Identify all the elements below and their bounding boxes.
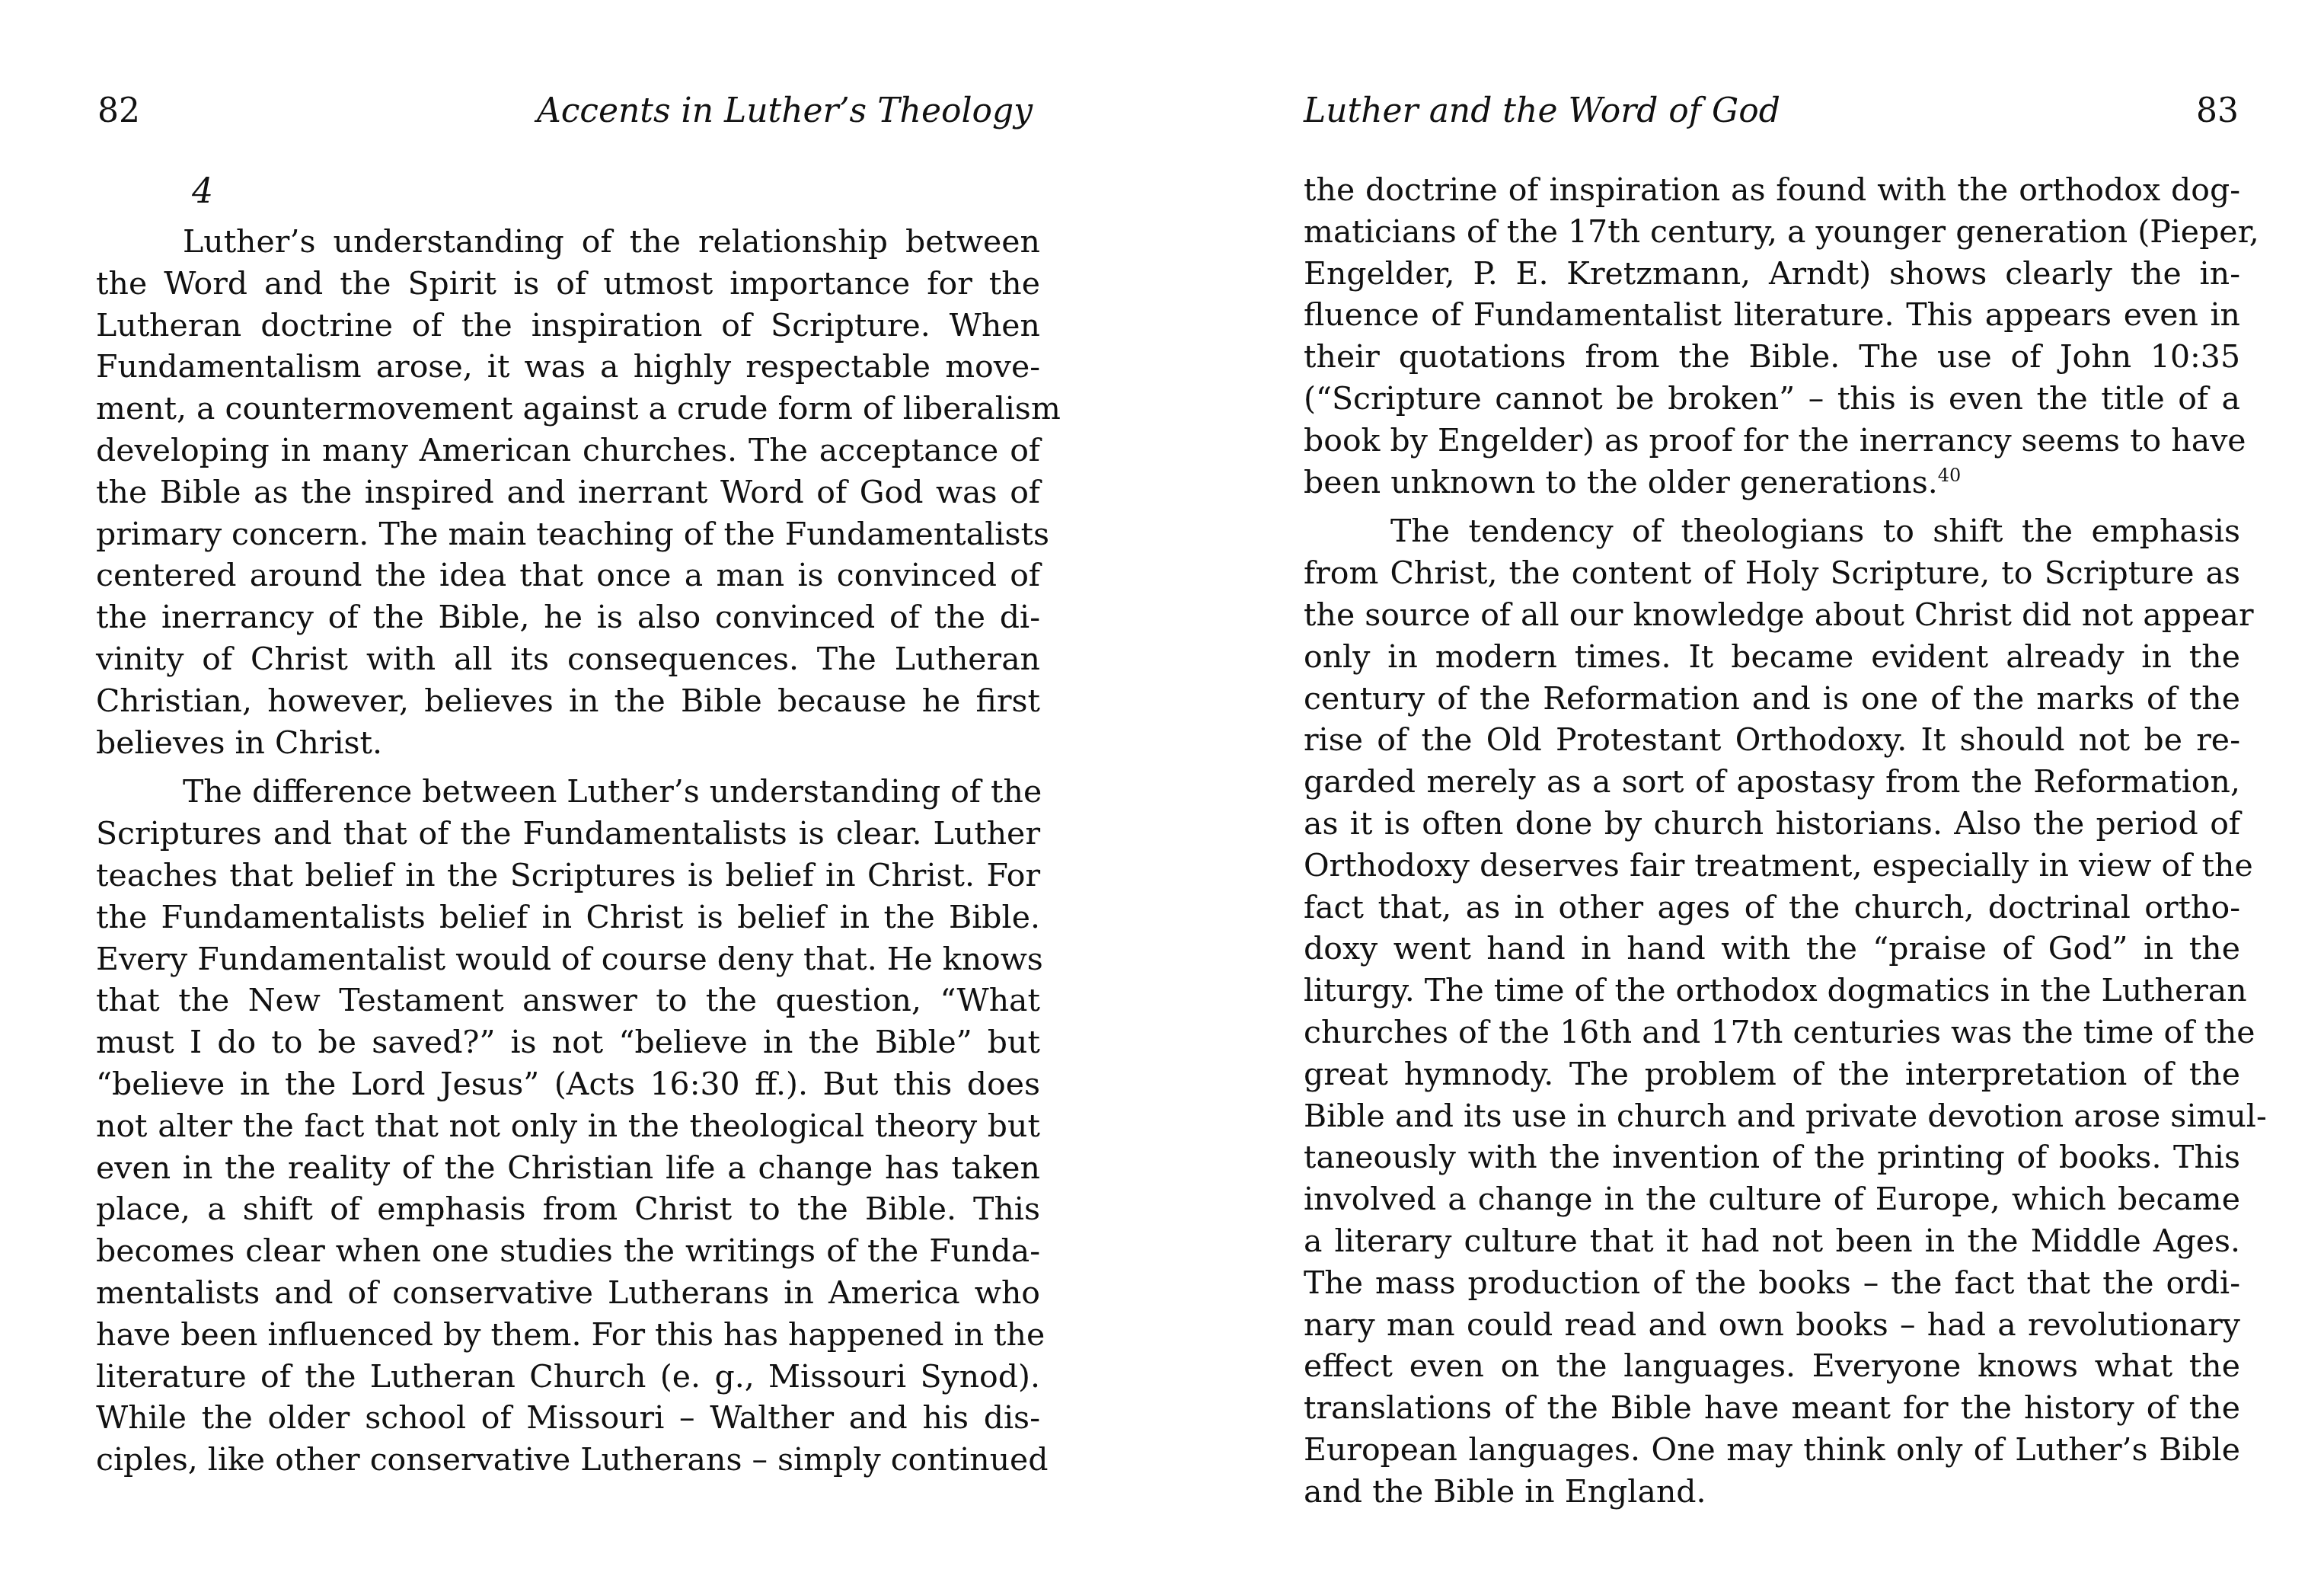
text-line: must I do to be saved?” is not “believe … (96, 1021, 1040, 1063)
text-line: Luther’s understanding of the relationsh… (96, 221, 1040, 263)
text-line: ment, a countermovement against a crude … (96, 388, 1040, 430)
text-line: primary concern. The main teaching of th… (96, 513, 1040, 555)
paragraph: The difference between Luther’s understa… (96, 771, 1040, 1481)
text-line: nary man could read and own books – had … (1304, 1304, 2240, 1346)
text-line: even in the reality of the Christian lif… (96, 1147, 1040, 1189)
text-line: the Word and the Spirit is of utmost imp… (96, 263, 1040, 305)
text-line: Christian, however, believes in the Bibl… (96, 680, 1040, 722)
text-line: mentalists and of conservative Lutherans… (96, 1272, 1040, 1314)
paragraph-gap (1304, 503, 2240, 510)
page-number: 82 (97, 90, 140, 133)
text-line: vinity of Christ with all its consequenc… (96, 638, 1040, 680)
section-number: 4 (192, 171, 213, 213)
text-line: place, a shift of emphasis from Christ t… (96, 1188, 1040, 1230)
text-line: the doctrine of inspiration as found wit… (1304, 169, 2240, 211)
text-line: The difference between Luther’s understa… (96, 771, 1040, 813)
text-line: literature of the Lutheran Church (e. g.… (96, 1356, 1040, 1398)
running-title: Luther and the Word of God (1304, 90, 1780, 133)
text-line: the inerrancy of the Bible, he is also c… (96, 596, 1040, 638)
left-page: 82 Accents in Luther’s Theology 4 Luther… (0, 0, 1162, 1595)
running-title: Accents in Luther’s Theology (537, 90, 1033, 133)
text-line: churches of the 16th and 17th centuries … (1304, 1012, 2240, 1053)
text-line: Engelder, P. E. Kretzmann, Arndt) shows … (1304, 253, 2240, 295)
text-column: the doctrine of inspiration as found wit… (1304, 169, 2240, 1513)
text-line: becomes clear when one studies the writi… (96, 1230, 1040, 1272)
text-line: book by Engelder) as proof for the inerr… (1304, 420, 2240, 462)
text-line: their quotations from the Bible. The use… (1304, 336, 2240, 378)
text-line: Orthodoxy deserves fair treatment, espec… (1304, 845, 2240, 887)
paragraph: the doctrine of inspiration as found wit… (1304, 169, 2240, 503)
text-line: garded merely as a sort of apostasy from… (1304, 761, 2240, 803)
text-line: only in modern times. It became evident … (1304, 636, 2240, 678)
text-line: “believe in the Lord Jesus” (Acts 16:30 … (96, 1063, 1040, 1105)
text-line: as it is often done by church historians… (1304, 803, 2240, 845)
text-line: European languages. One may think only o… (1304, 1429, 2240, 1471)
text-line: fact that, as in other ages of the churc… (1304, 887, 2240, 929)
paragraph: Luther’s understanding of the relationsh… (96, 221, 1040, 763)
text-line: that the New Testament answer to the que… (96, 980, 1040, 1021)
text-line: a literary culture that it had not been … (1304, 1220, 2240, 1262)
text-line: fluence of Fundamentalist literature. Th… (1304, 294, 2240, 336)
text-line: Fundamentalism arose, it was a highly re… (96, 346, 1040, 388)
text-line: While the older school of Missouri – Wal… (96, 1397, 1040, 1439)
text-line: (“Scripture cannot be broken” – this is … (1304, 378, 2240, 420)
footnote-reference[interactable]: 40 (1938, 465, 1962, 486)
text-line: The tendency of theologians to shift the… (1304, 510, 2240, 552)
text-line: the Fundamentalists belief in Christ is … (96, 897, 1040, 938)
text-line: the source of all our knowledge about Ch… (1304, 594, 2240, 636)
text-line: and the Bible in England. (1304, 1471, 2240, 1513)
text-line: from Christ, the content of Holy Scriptu… (1304, 552, 2240, 594)
text-line: great hymnody. The problem of the interp… (1304, 1053, 2240, 1095)
text-column: Luther’s understanding of the relationsh… (96, 221, 1040, 1481)
text-line: maticians of the 17th century, a younger… (1304, 211, 2240, 253)
paragraph-gap (96, 763, 1040, 771)
text-line: rise of the Old Protestant Orthodoxy. It… (1304, 719, 2240, 761)
text-line: doxy went hand in hand with the “praise … (1304, 928, 2240, 970)
text-line: Lutheran doctrine of the inspiration of … (96, 305, 1040, 347)
text-line: translations of the Bible have meant for… (1304, 1387, 2240, 1429)
text-line: centered around the idea that once a man… (96, 555, 1040, 596)
text-line: teaches that belief in the Scriptures is… (96, 855, 1040, 897)
text-line: been unknown to the older generations.40 (1304, 462, 2240, 503)
text-line: have been influenced by them. For this h… (96, 1314, 1040, 1356)
text-line: not alter the fact that not only in the … (96, 1105, 1040, 1147)
text-line: century of the Reformation and is one of… (1304, 678, 2240, 720)
text-line: the Bible as the inspired and inerrant W… (96, 471, 1040, 513)
text-line: liturgy. The time of the orthodox dogmat… (1304, 970, 2240, 1012)
text-line: taneously with the invention of the prin… (1304, 1136, 2240, 1178)
paragraph: The tendency of theologians to shift the… (1304, 510, 2240, 1512)
text-line: involved a change in the culture of Euro… (1304, 1178, 2240, 1220)
right-page: Luther and the Word of God 83 the doctri… (1162, 0, 2324, 1595)
text-line: believes in Christ. (96, 722, 1040, 764)
text-line: ciples, like other conservative Lutheran… (96, 1439, 1040, 1481)
text-line: The mass production of the books – the f… (1304, 1262, 2240, 1304)
text-line: Bible and its use in church and private … (1304, 1095, 2240, 1137)
text-line: Every Fundamentalist would of course den… (96, 938, 1040, 980)
text-line: developing in many American churches. Th… (96, 430, 1040, 471)
page-number: 83 (2196, 90, 2239, 133)
text-line: effect even on the languages. Everyone k… (1304, 1345, 2240, 1387)
text-line: Scriptures and that of the Fundamentalis… (96, 813, 1040, 855)
